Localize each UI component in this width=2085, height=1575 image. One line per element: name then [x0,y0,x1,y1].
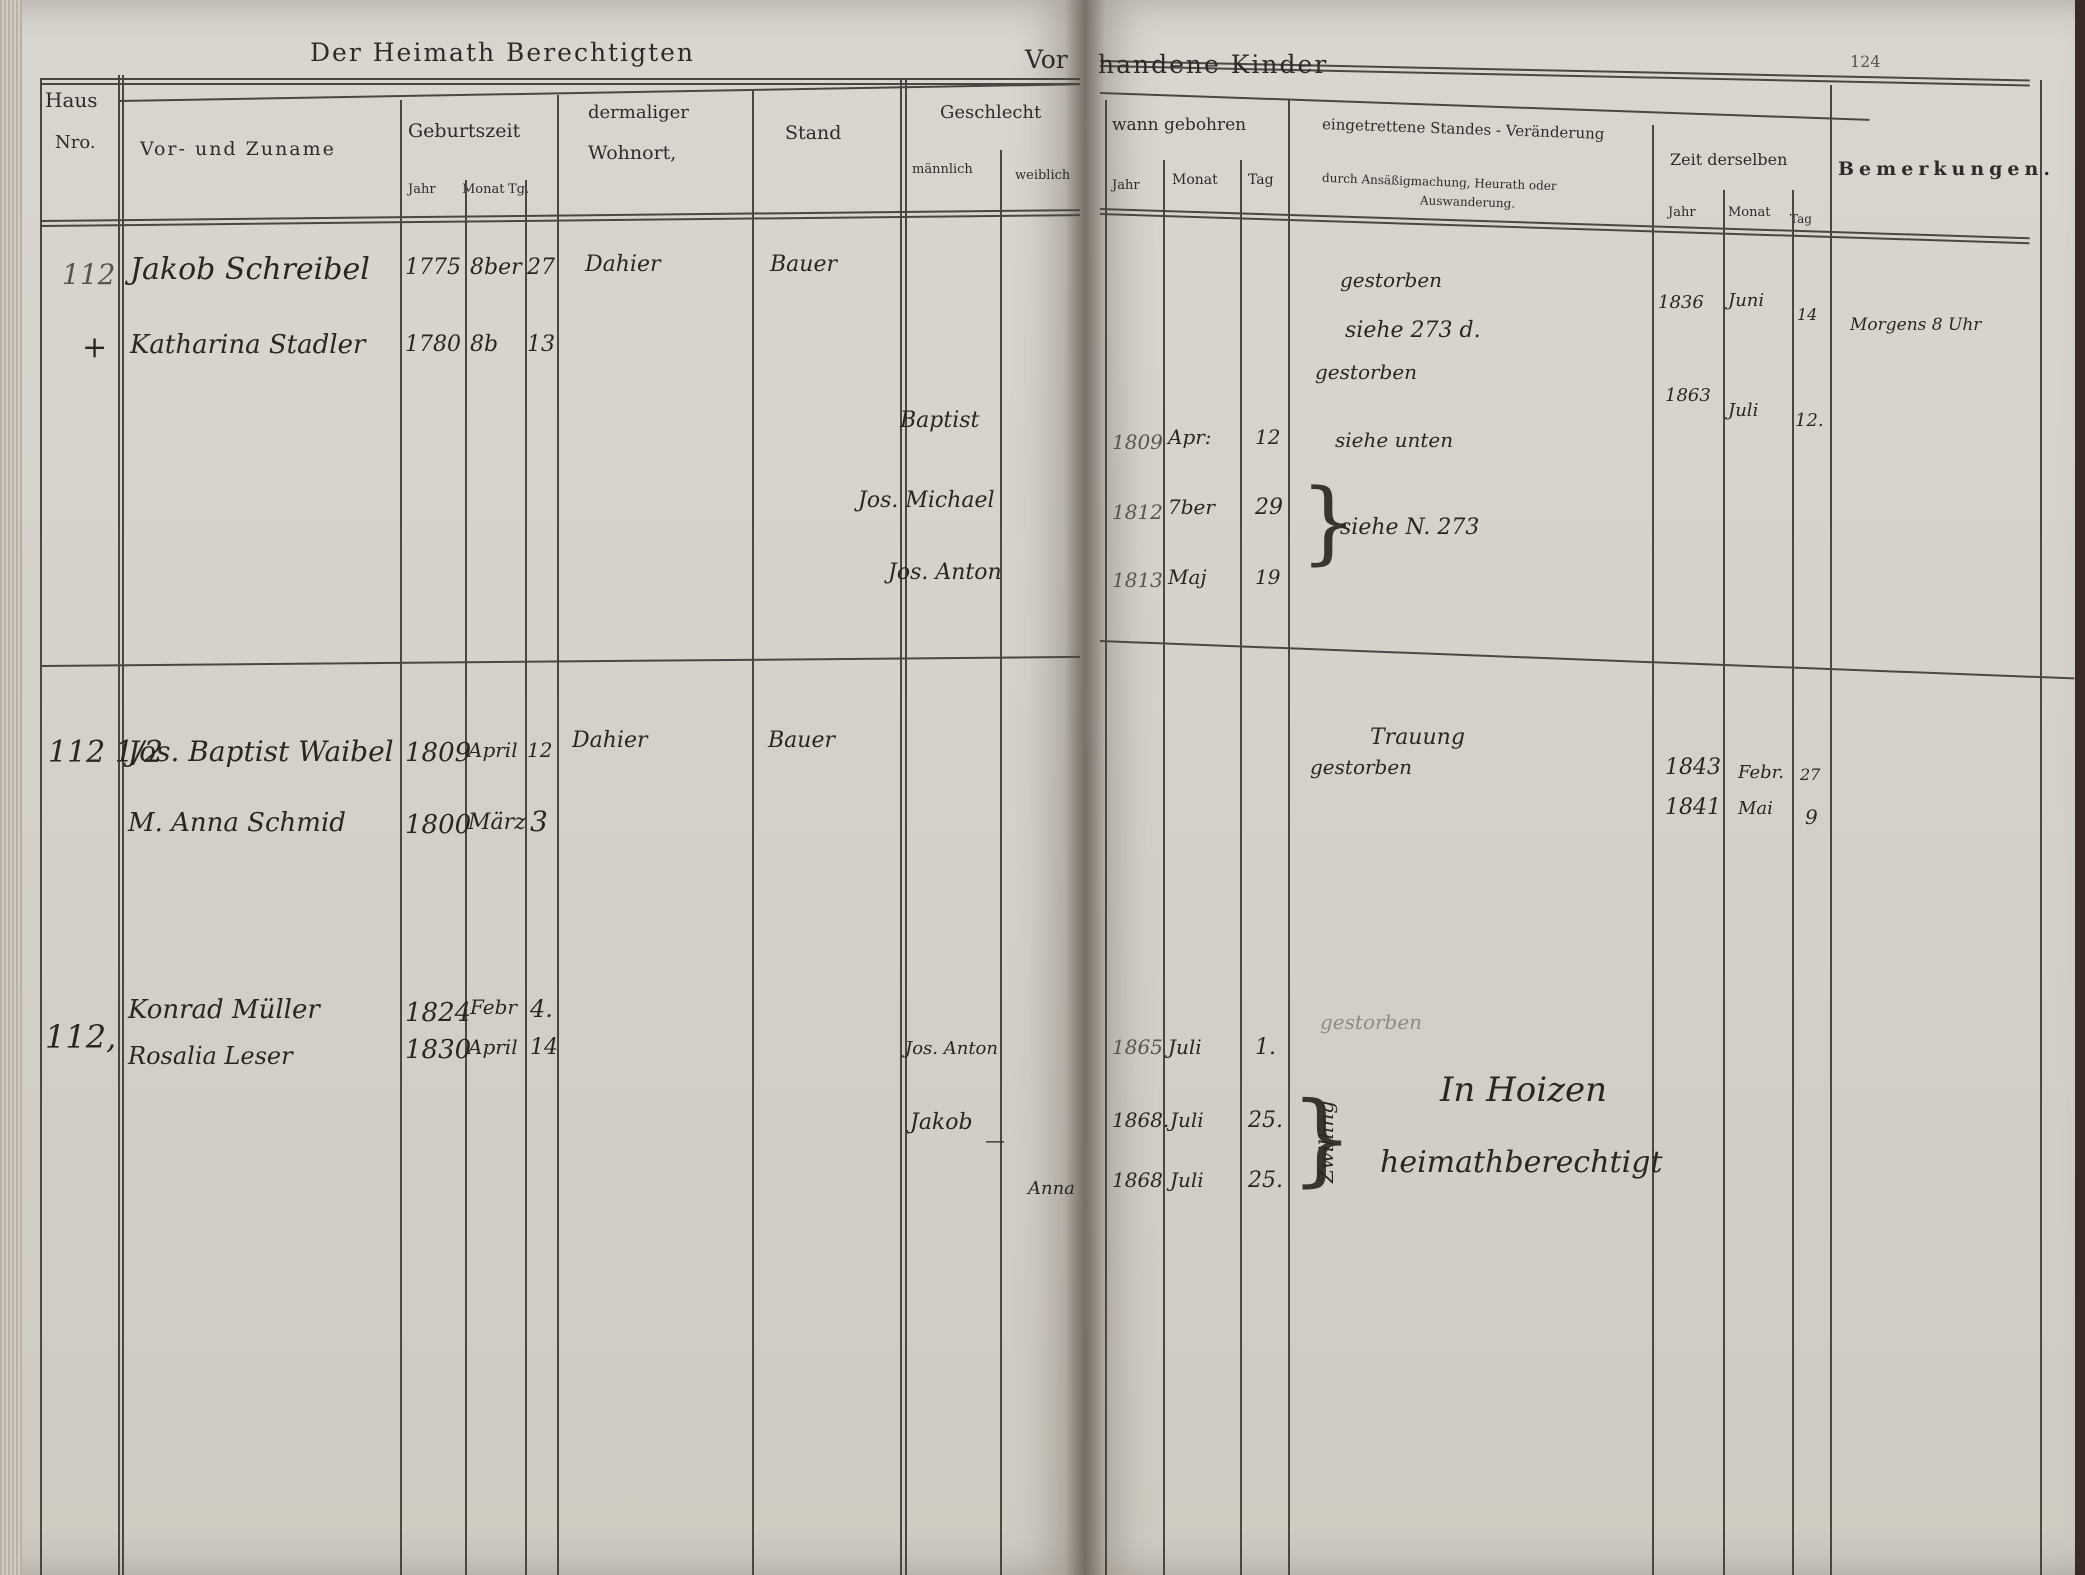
entry-2-date-1-monat: Febr. [1738,762,1784,783]
col-line [122,75,124,1575]
entry-3-person-1-tag: 4. [530,995,553,1023]
entry-3-child-2-monat: Juli [1170,1108,1204,1132]
entry-2-date-1-jahr: 1843 [1665,755,1721,780]
col-line [2040,80,2042,1575]
header-k-tag: Tag [1248,172,1274,188]
entry-1-child-1-jahr: 1809 [1112,430,1163,454]
entry-1-change-3: gestorben [1315,360,1417,384]
entry-1-change-5: siehe N. 273 [1340,515,1479,540]
header-name: Vor- und Zuname [140,138,336,160]
entry-2-person-1-tag: 12 [527,738,552,762]
header-k-monat: Monat [1172,172,1218,188]
entry-1-child-1-monat: Apr: [1168,425,1212,449]
entry-2-stand: Bauer [768,728,835,753]
header-maennlich: männlich [912,162,973,177]
entry-1-haus-nr: 112 [62,258,115,291]
book-gutter [1065,0,1105,1575]
entry-3-child-3-name: Anna [1028,1178,1075,1199]
entry-2-person-2-jahr: 1800 [405,810,471,840]
header-geburtszeit: Geburtszeit [408,120,520,142]
col-line [465,180,467,1575]
entry-1-date-2-jahr: 1863 [1665,385,1711,406]
header-z-jahr: Jahr [1668,205,1696,220]
entry-1-person-2-jahr: 1780 [405,332,461,357]
entry-1-child-1-tag: 12 [1255,425,1280,449]
col-line [1792,190,1794,1575]
col-line [1652,125,1654,1575]
entry-2-date-2-jahr: 1841 [1665,795,1721,820]
entry-3-child-1-jahr: 1865 [1112,1035,1163,1059]
entry-2-person-1-jahr: 1809 [405,738,471,768]
right-title-part2: handene Kinder [1098,50,1328,79]
col-line [900,80,902,1575]
entry-1-child-3-name: Jos. Anton [888,560,1002,585]
entry-3-person-2-tag: 14 [530,1035,558,1060]
entry-3-child-2-jahr: 1868. [1112,1108,1169,1132]
entry-1-date-2-monat: Juli [1728,400,1758,421]
left-title: Der Heimath Berechtigten [310,38,695,67]
header-bemerkungen: Bemerkungen. [1838,158,2055,180]
entry-3-child-2-weiblich-mark: — [985,1128,1005,1152]
header-zeit-derselben: Zeit derselben [1670,150,1787,169]
page-edges [0,0,22,1575]
header-monat: Monat [462,182,505,197]
entry-1-person-1-name: Jakob Schreibel [130,252,370,287]
entry-1-deceased-mark: + [82,330,107,365]
header-haus: Haus [45,88,98,112]
entry-3-child-1-monat: Juli [1168,1035,1202,1059]
entry-1-date-2-tag: 12. [1795,410,1824,431]
col-line [752,90,754,1575]
entry-2-change-2: gestorben [1310,755,1412,779]
entry-2-person-2-tag: 3 [530,805,548,838]
entry-2-change-1: Trauung [1370,725,1465,750]
header-jahr: Jahr [408,182,436,197]
top-rule-left [40,78,1080,85]
col-line [1163,160,1165,1575]
col-line [118,75,120,1575]
col-line [557,95,559,1575]
col-line [1723,190,1725,1575]
entry-3-person-1-monat: Febr [470,995,517,1019]
header-stand: Stand [785,122,841,144]
col-line [905,80,907,1575]
page-number: 124 [1850,52,1881,71]
header-wohnort-1: dermaliger [588,102,689,123]
entry-3-change-2: In Hoizen [1440,1070,1607,1110]
entry-3-child-1-tag: 1. [1255,1035,1276,1060]
entry-1-child-3-monat: Maj [1168,565,1207,589]
left-page [0,0,1085,1575]
entry-1-child-2-jahr: 1812 [1112,500,1163,524]
col-line [1000,150,1002,1575]
entry-1-person-1-tag: 27 [527,255,555,280]
entry-1-wohnort: Dahier [585,252,661,277]
entry-2-person-1-monat: April [468,738,518,762]
entry-1-change-1: gestorben [1340,268,1442,292]
entry-1-person-2-tag: 13 [527,332,555,357]
entry-2-date-2-monat: Mai [1738,798,1773,819]
entry-1-person-1-jahr: 1775 [405,255,461,280]
entry-3-change-1: gestorben [1320,1010,1422,1034]
header-geschlecht: Geschlecht [940,102,1041,123]
header-weiblich: weiblich [1015,168,1070,183]
header-z-monat: Monat [1728,205,1771,220]
entry-2-person-2-name: M. Anna Schmid [128,808,346,838]
col-line [1288,100,1290,1575]
register-book: 124 Der Heimath Berechtigten Vor handene… [0,0,2085,1575]
entry-1-change-4: siehe unten [1335,428,1453,452]
entry-1-person-1-monat: 8ber [470,255,522,280]
col-line [1240,160,1242,1575]
entry-1-person-2-name: Katharina Stadler [130,330,365,360]
entry-1-child-3-tag: 19 [1255,565,1280,589]
entry-1-person-2-monat: 8b [470,332,498,357]
entry-1-remark: Morgens 8 Uhr [1850,315,1981,335]
entry-1-child-2-monat: 7ber [1168,495,1215,519]
header-nro: Nro. [55,132,96,153]
entry-1-child-2-name: Jos. Michael [858,488,995,513]
entry-3-person-2-jahr: 1830 [405,1035,471,1065]
entry-3-haus-nr: 112, [45,1018,116,1056]
entry-1-stand: Bauer [770,252,837,277]
entry-3-person-2-name: Rosalia Leser [128,1042,293,1070]
col-line [1105,100,1107,1575]
entry-3-child-2-tag: 25. [1248,1108,1283,1133]
entry-1-date-1-jahr: 1836 [1658,292,1704,313]
entry-3-child-3-monat: Juli [1170,1168,1204,1192]
entry-2-person-1-name: Jos. Baptist Waibel [128,735,394,768]
entry-3-person-1-jahr: 1824 [405,998,471,1028]
entry-1-change-2: siehe 273 d. [1345,318,1481,343]
entry-1-date-1-monat: Juni [1728,290,1764,311]
entry-3-person-1-name: Konrad Müller [128,995,320,1025]
header-k-jahr: Jahr [1112,178,1140,193]
entry-2-date-1-tag: 27 [1800,765,1820,784]
col-line [400,100,402,1575]
entry-2-wohnort: Dahier [572,728,648,753]
col-line [1830,85,1832,1575]
col-line [40,80,42,1575]
entry-3-child-3-jahr: 1868 [1112,1168,1163,1192]
right-title-part1: Vor [1025,45,1068,74]
col-line [525,180,527,1575]
entry-1-child-3-jahr: 1813 [1112,568,1163,592]
entry-3-change-3: heimathberechtigt [1380,1145,1662,1180]
entry-3-child-1-name: Jos. Anton [905,1038,998,1059]
entry-3-child-2-name: Jakob [910,1110,973,1135]
header-wann-gebohren: wann gebohren [1112,115,1246,135]
entry-2-date-2-tag: 9 [1805,805,1818,829]
entry-3-person-2-monat: April [468,1035,518,1059]
entry-1-child-1-name: Baptist [900,408,979,433]
entry-1-child-2-tag: 29 [1255,495,1283,520]
header-wohnort-2: Wohnort, [588,142,676,164]
entry-2-person-2-monat: März [468,810,526,835]
entry-3-child-3-tag: 25. [1248,1168,1283,1193]
entry-3-twin-note: Zwilling [1314,1101,1338,1183]
entry-1-date-1-tag: 14 [1797,305,1817,324]
